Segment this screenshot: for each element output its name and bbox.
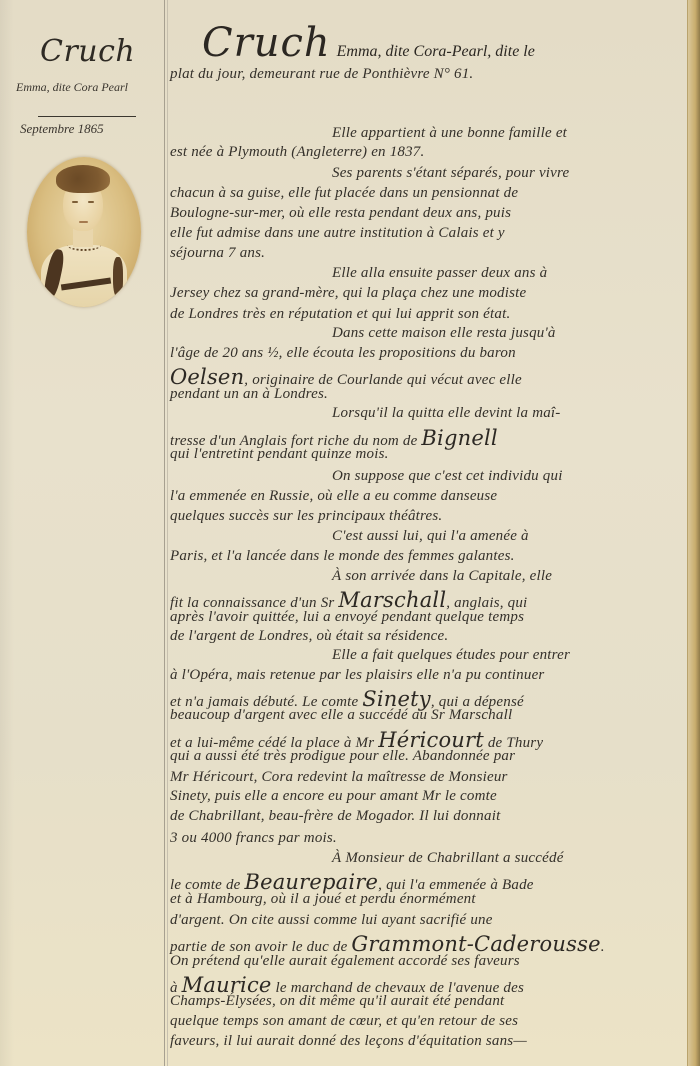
handwritten-line: de Chabrillant, beau-frère de Mogador. I… <box>170 808 500 825</box>
handwritten-line: qui l'entretint pendant quinze mois. <box>170 446 389 463</box>
handwritten-line: l'âge de 20 ans ½, elle écouta les propo… <box>170 345 516 362</box>
handwritten-line: On suppose que c'est cet individu qui <box>332 468 563 485</box>
handwritten-line: Mr Héricourt, Cora redevint la maîtresse… <box>170 769 508 786</box>
handwritten-line: À Monsieur de Chabrillant a succédé <box>332 850 564 867</box>
margin-rule-inner <box>167 0 168 1066</box>
handwritten-line: À son arrivée dans la Capitale, elle <box>332 568 552 585</box>
margin-surname: Cruch <box>40 34 135 69</box>
handwritten-line: séjourna 7 ans. <box>170 245 265 262</box>
handwritten-line: Lorsqu'il la quitta elle devint la maî- <box>332 405 561 422</box>
handwritten-line: est née à Plymouth (Angleterre) en 1837. <box>170 144 424 161</box>
handwritten-line: de Londres très en réputation et qui lui… <box>170 306 510 323</box>
register-page: Cruch Emma, dite Cora Pearl Septembre 18… <box>0 0 700 1066</box>
handwritten-line: Elle a fait quelques études pour entrer <box>332 647 570 664</box>
page-binding <box>688 0 700 1066</box>
handwritten-line: chacun à sa guise, elle fut placée dans … <box>170 185 518 202</box>
handwritten-line: On prétend qu'elle aurait également acco… <box>170 953 520 970</box>
handwritten-line: 3 ou 4000 francs par mois. <box>170 830 337 847</box>
handwritten-line: plat du jour, demeurant rue de Ponthièvr… <box>170 66 473 83</box>
handwritten-line: Champs-Élysées, on dit même qu'il aurait… <box>170 993 504 1010</box>
handwritten-line: quelques succès sur les principaux théât… <box>170 508 442 525</box>
margin-given-names: Emma, dite Cora Pearl <box>16 80 128 95</box>
handwritten-line: d'argent. On cite aussi comme lui ayant … <box>170 912 493 929</box>
handwritten-line: elle fut admise dans une autre instituti… <box>170 225 505 242</box>
entry-header: CruchEmma, dite Cora-Pearl, dite le <box>202 20 535 66</box>
left-margin: Cruch Emma, dite Cora Pearl Septembre 18… <box>0 0 164 1066</box>
handwritten-line: de l'argent de Londres, où était sa rési… <box>170 628 448 645</box>
handwritten-line: quelque temps son amant de cœur, et qu'e… <box>170 1013 518 1030</box>
handwritten-line: C'est aussi lui, qui l'a amenée à <box>332 528 529 545</box>
portrait-photo <box>27 157 141 307</box>
handwritten-line: après l'avoir quittée, lui a envoyé pend… <box>170 609 524 626</box>
margin-divider <box>38 116 136 117</box>
handwritten-line: Paris, et l'a lancée dans le monde des f… <box>170 548 515 565</box>
entry-body: CruchEmma, dite Cora-Pearl, dite le plat… <box>170 0 682 1066</box>
handwritten-line: Ses parents s'étant séparés, pour vivre <box>332 165 569 182</box>
handwritten-line: Sinety, puis elle a encore eu pour amant… <box>170 788 497 805</box>
handwritten-line: Elle alla ensuite passer deux ans à <box>332 265 547 282</box>
emphasized-name: Bignell <box>421 426 497 450</box>
handwritten-line: Elle appartient à une bonne famille et <box>332 125 567 142</box>
handwritten-line: Boulogne-sur-mer, où elle resta pendant … <box>170 205 511 222</box>
handwritten-line: l'a emmenée en Russie, où elle a eu comm… <box>170 488 497 505</box>
entry-aliases: Emma, dite Cora-Pearl, dite le <box>337 43 535 60</box>
handwritten-line: Jersey chez sa grand-mère, qui la plaça … <box>170 285 526 302</box>
handwritten-line: faveurs, il lui aurait donné des leçons … <box>170 1033 527 1050</box>
handwritten-line: beaucoup d'argent avec elle a succédé au… <box>170 707 512 724</box>
entry-surname: Cruch <box>202 20 331 66</box>
margin-date: Septembre 1865 <box>20 121 104 137</box>
handwritten-line: à l'Opéra, mais retenue par les plaisirs… <box>170 667 544 684</box>
handwritten-line: Dans cette maison elle resta jusqu'à <box>332 325 556 342</box>
handwritten-line: qui a aussi été très prodigue pour elle.… <box>170 748 515 765</box>
margin-rule <box>164 0 165 1066</box>
handwritten-line: et à Hambourg, où il a joué et perdu éno… <box>170 891 476 908</box>
handwritten-line: pendant un an à Londres. <box>170 386 328 403</box>
